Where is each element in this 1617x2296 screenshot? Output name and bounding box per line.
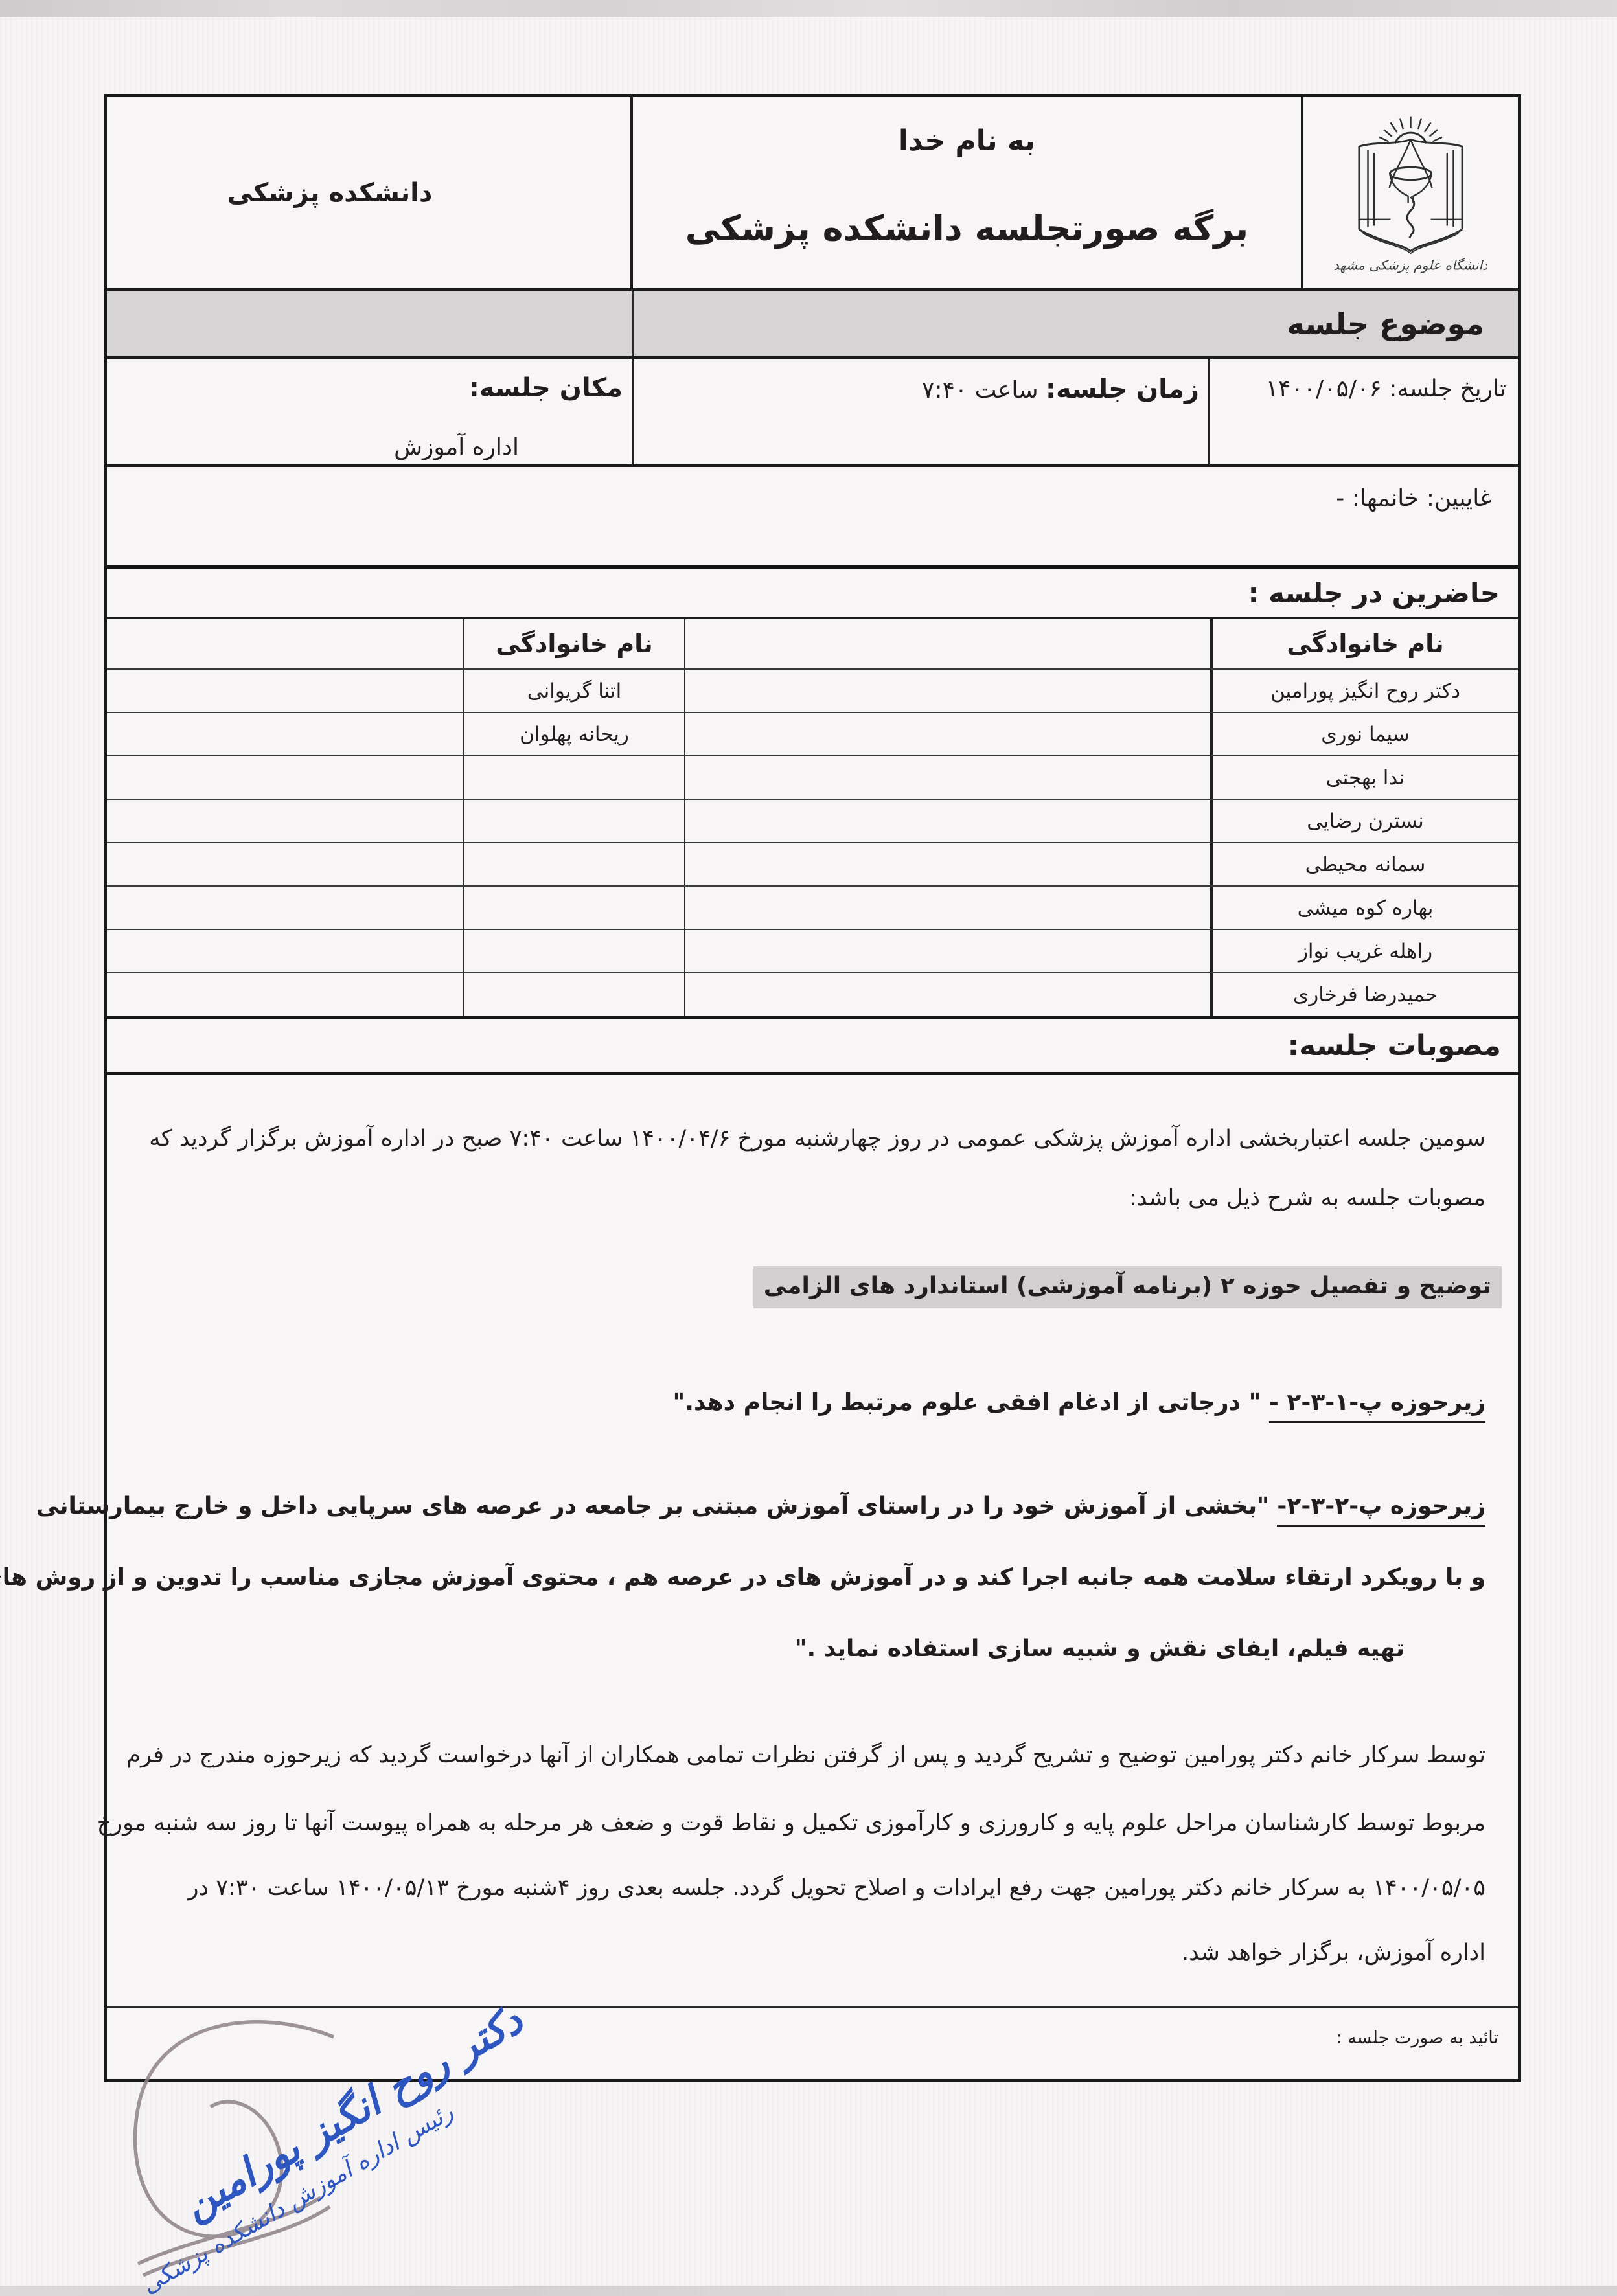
attendance-header-row: نام خانوادگی نام خانوادگی (107, 617, 1518, 668)
meeting-date-label: تاریخ جلسه: (1389, 376, 1506, 402)
body-paragraph: تهیه فیلم، ایفای نقش و شبیه سازی استفاده… (795, 1635, 1405, 1662)
attendee-signature-cell (107, 756, 463, 799)
scanned-meeting-minutes-page: دانشگاه علوم پزشکی مشهد به نام خدا برگه … (0, 0, 1617, 2296)
body-paragraph: سومین جلسه اعتباربخشی اداره آموزش پزشکی … (149, 1126, 1485, 1152)
present-header-label: حاضرین در جلسه : (1248, 577, 1518, 609)
attendee-signature-cell (684, 713, 1210, 755)
form-header-row: دانشگاه علوم پزشکی مشهد به نام خدا برگه … (107, 97, 1518, 288)
attendee-name (463, 756, 684, 799)
attendee-signature-cell (684, 670, 1210, 712)
attendee-signature-cell (107, 713, 463, 755)
attendee-signature-cell (107, 973, 463, 1016)
attendee-name: ندا بهجتی (1210, 756, 1518, 799)
signature-column-left (107, 619, 463, 668)
attendee-name: حمیدرضا فرخاری (1210, 973, 1518, 1016)
attendee-name (463, 930, 684, 972)
body-paragraph: و با رویکرد ارتقاء سلامت همه جانبه اجرا … (0, 1564, 1485, 1591)
present-header-row: حاضرین در جلسه : (107, 565, 1518, 617)
bowl-icon (1390, 167, 1431, 179)
subject-empty-cell (107, 291, 632, 356)
faculty-cell: دانشکده پزشکی (107, 97, 630, 288)
confirmation-row: تائید به صورت جلسه : (107, 2006, 1518, 2079)
base-hands (1359, 229, 1462, 251)
attendee-name: سیما نوری (1210, 713, 1518, 755)
body-paragraph: مربوط توسط کارشناسان مراحل علوم پایه و ک… (97, 1810, 1485, 1836)
meeting-place-cell: مکان جلسه: اداره آموزش (107, 359, 632, 464)
subject-label-cell: موضوع جلسه (632, 291, 1518, 356)
attendee-name (463, 973, 684, 1016)
subdomain-label: زیرحوزه پ-۱-۳-۲ - (1269, 1389, 1485, 1423)
attendee-signature-cell (107, 843, 463, 885)
subdomain-paragraph: زیرحوزه پ-۲-۳-۲- "بخشی از آموزش خود را د… (36, 1493, 1485, 1519)
confirmation-label: تائید به صورت جلسه : (1336, 2028, 1498, 2048)
attendee-name (463, 800, 684, 842)
signature-column-right (684, 619, 1210, 668)
subject-label: موضوع جلسه (1287, 306, 1518, 341)
attendee-signature-cell (107, 887, 463, 929)
form-title: برگه صورتجلسه دانشکده پزشکی (685, 208, 1248, 249)
meeting-time-label: زمان جلسه: (1046, 374, 1199, 404)
signature-role: رئیس اداره آموزش دانشکده پزشکی (137, 2097, 458, 2296)
subdomain-text: "بخشی از آموزش خود را در راستای آموزش مب… (36, 1493, 1278, 1519)
surname-column-header-right: نام خانوادگی (1210, 619, 1518, 668)
attendee-signature-cell (684, 973, 1210, 1016)
attendee-name: اتنا گریوانی (463, 670, 684, 712)
attendee-name: سمانه محیطی (1210, 843, 1518, 885)
attendee-row: راهله غریب نواز (107, 929, 1518, 972)
body-paragraph: مصوبات جلسه به شرح ذیل می باشد: (1129, 1185, 1485, 1211)
attendee-row: سیما نوری ریحانه پهلوان (107, 712, 1518, 755)
resolutions-header: مصوبات جلسه: (1288, 1029, 1518, 1062)
attendee-signature-cell (684, 930, 1210, 972)
bismillah-text: به نام خدا (899, 124, 1035, 157)
attendee-name (463, 843, 684, 885)
body-paragraph: توسط سرکار خانم دکتر پورامین توضیح و تشر… (126, 1742, 1485, 1768)
resolutions-body: سومین جلسه اعتباربخشی اداره آموزش پزشکی … (107, 1072, 1518, 2006)
attendee-signature-cell (684, 843, 1210, 885)
attendee-name: ریحانه پهلوان (463, 713, 684, 755)
sun-rays-icon (1379, 117, 1442, 142)
attendee-signature-cell (107, 670, 463, 712)
body-paragraph: ۱۴۰۰/۰۵/۰۵ به سرکار خانم دکتر پورامین جه… (188, 1875, 1485, 1901)
attendee-signature-cell (684, 887, 1210, 929)
minutes-form-table: دانشگاه علوم پزشکی مشهد به نام خدا برگه … (104, 94, 1521, 2082)
scan-artifact-bottom (0, 2286, 1617, 2296)
attendee-name: راهله غریب نواز (1210, 930, 1518, 972)
body-paragraph: اداره آموزش، برگزار خواهد شد. (1182, 1940, 1485, 1966)
logo-emblem (1359, 117, 1462, 254)
subdomain-text: " درجاتی از ادغام افقی علوم مرتبط را انج… (672, 1389, 1268, 1416)
attendee-row: دکتر روح انگیز پورامین اتنا گریوانی (107, 668, 1518, 712)
subject-row: موضوع جلسه (107, 288, 1518, 356)
meeting-date-value: ۱۴۰۰/۰۵/۰۶ (1266, 376, 1382, 402)
attendee-name (463, 887, 684, 929)
attendee-row: ندا بهجتی (107, 755, 1518, 799)
subdomain-label: زیرحوزه پ-۲-۳-۲- (1277, 1493, 1485, 1527)
faculty-name: دانشکده پزشکی (227, 178, 510, 208)
attendee-name: بهاره کوه میشی (1210, 887, 1518, 929)
attendee-signature-cell (684, 756, 1210, 799)
attendee-row: حمیدرضا فرخاری (107, 972, 1518, 1016)
meeting-time-cell: زمان جلسه: ساعت ۷:۴۰ (632, 359, 1208, 464)
scan-artifact-top (0, 0, 1617, 17)
logo-caption: دانشگاه علوم پزشکی مشهد (1335, 257, 1487, 273)
meeting-place-label: مکان جلسه: (469, 373, 623, 403)
resolutions-header-row: مصوبات جلسه: (107, 1016, 1518, 1072)
meeting-time-value: ساعت ۷:۴۰ (922, 377, 1038, 404)
attendee-row: نسترن رضایی (107, 799, 1518, 842)
attendee-name: دکتر روح انگیز پورامین (1210, 670, 1518, 712)
book-page-lines (1368, 150, 1454, 227)
university-logo-cell: دانشگاه علوم پزشکی مشهد (1301, 97, 1518, 288)
datetime-row: تاریخ جلسه: ۱۴۰۰/۰۵/۰۶ زمان جلسه: ساعت ۷… (107, 356, 1518, 464)
attendee-signature-cell (107, 800, 463, 842)
form-title-cell: به نام خدا برگه صورتجلسه دانشکده پزشکی (630, 97, 1301, 288)
attendee-row: بهاره کوه میشی (107, 885, 1518, 929)
attendee-signature-cell (684, 800, 1210, 842)
attendee-row: سمانه محیطی (107, 842, 1518, 885)
subdomain-paragraph: زیرحوزه پ-۱-۳-۲ - " درجاتی از ادغام افقی… (672, 1389, 1485, 1416)
surname-column-header-left: نام خانوادگی (463, 619, 684, 668)
attendee-signature-cell (107, 930, 463, 972)
absentees-row: غایبین: خانمها: - (107, 464, 1518, 565)
meeting-place-value: اداره آموزش (107, 434, 519, 460)
attendee-name: نسترن رضایی (1210, 800, 1518, 842)
absentees-text: غایبین: خانمها: - (1336, 485, 1492, 565)
meeting-date-cell: تاریخ جلسه: ۱۴۰۰/۰۵/۰۶ (1208, 359, 1518, 464)
highlighted-heading: توضیح و تفصیل حوزه ۲ (برنامه آموزشی) است… (753, 1266, 1502, 1308)
university-logo: دانشگاه علوم پزشکی مشهد (1335, 109, 1487, 278)
